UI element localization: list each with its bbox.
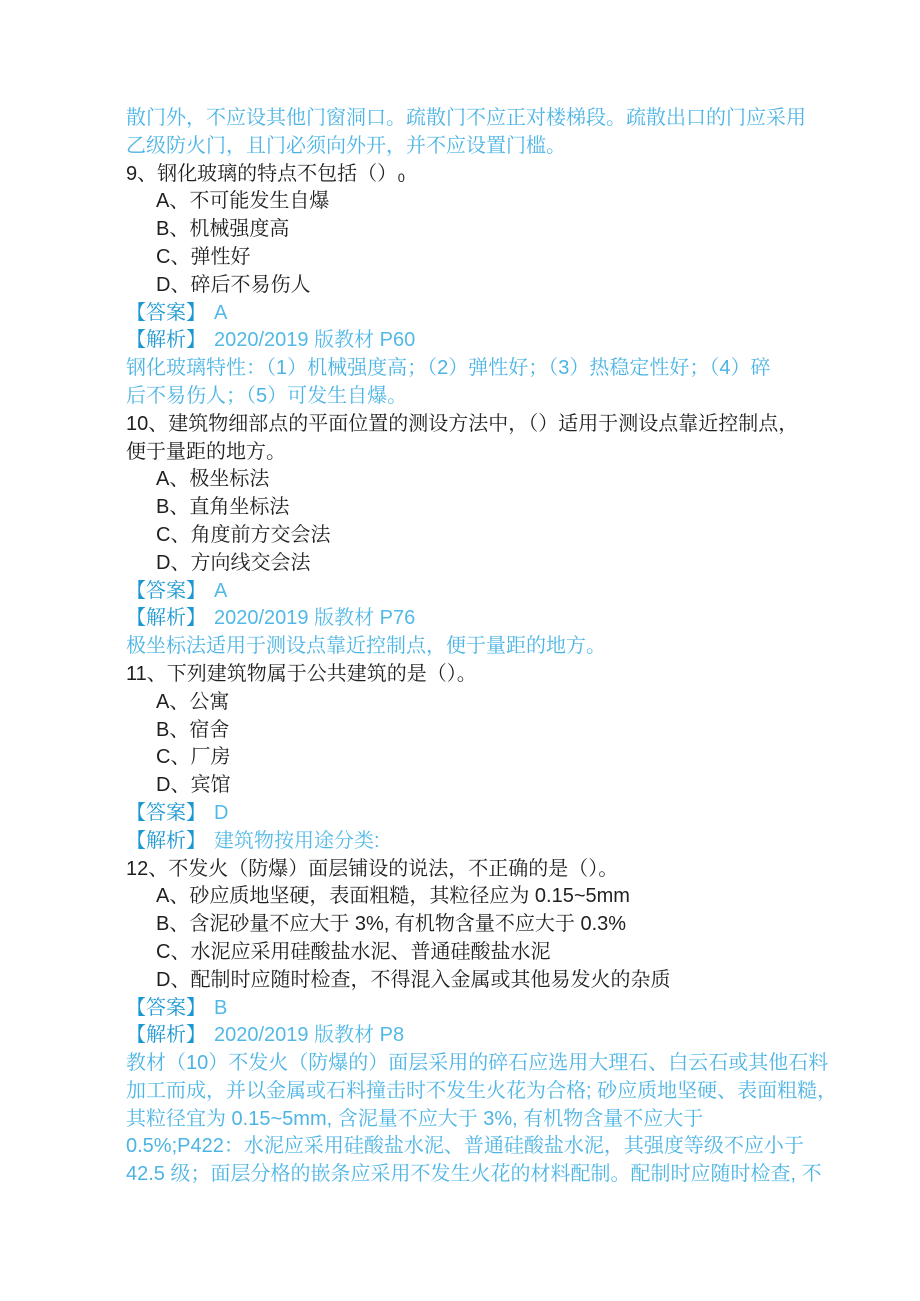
analysis-text: 建筑物按用途分类:: [214, 830, 380, 852]
analysis-text: 2020/2019 版教材 P60: [214, 329, 415, 351]
exam-solution-text: 加工而成，并以金属或石料撞击时不发生火花为合格; 砂应质地坚硬、表面粗糙，: [126, 1078, 810, 1106]
exam-option-text: A、不可能发生自爆: [126, 188, 810, 216]
answer-label: 【答案】: [126, 302, 206, 324]
exam-option-text: C、水泥应采用硅酸盐水泥、普通硅酸盐水泥: [126, 939, 810, 967]
exam-option-text: C、弹性好: [126, 244, 810, 272]
analysis-line: 【解析】建筑物按用途分类:: [126, 828, 810, 856]
answer-line: 【答案】A: [126, 578, 810, 606]
exam-option-text: D、宾馆: [126, 772, 810, 800]
analysis-text: 2020/2019 版教材 P76: [214, 607, 415, 629]
analysis-label: 【解析】: [126, 329, 206, 351]
exam-solution-text: 42.5 级；面层分格的嵌条应采用不发生火花的材料配制。配制时应随时检查, 不: [126, 1161, 810, 1189]
analysis-text: 2020/2019 版教材 P8: [214, 1024, 404, 1046]
exam-solution-text: 钢化玻璃特性：（1）机械强度高；（2）弹性好；（3）热稳定性好；（4）碎: [126, 355, 810, 383]
exam-question-text: 便于量距的地方。: [126, 439, 810, 467]
exam-option-text: A、砂应质地坚硬，表面粗糙，其粒径应为 0.15~5mm: [126, 883, 810, 911]
exam-solution-text: 极坐标法适用于测设点靠近控制点，便于量距的地方。: [126, 633, 810, 661]
exam-option-text: A、公寓: [126, 689, 810, 717]
exam-solution-text: 其粒径宜为 0.15~5mm, 含泥量不应大于 3%, 有机物含量不应大于: [126, 1106, 810, 1134]
exam-solution-text: 乙级防火门，且门必须向外开，并不应设置门槛。: [126, 133, 810, 161]
exam-option-text: C、厂房: [126, 744, 810, 772]
answer-value: D: [214, 802, 228, 824]
exam-option-text: D、配制时应随时检查，不得混入金属或其他易发火的杂质: [126, 967, 810, 995]
answer-value: A: [214, 580, 227, 602]
analysis-label: 【解析】: [126, 607, 206, 629]
answer-label: 【答案】: [126, 580, 206, 602]
exam-solution-text: 散门外，不应设其他门窗洞口。疏散门不应正对楼梯段。疏散出口的门应采用: [126, 105, 810, 133]
document-content: 散门外，不应设其他门窗洞口。疏散门不应正对楼梯段。疏散出口的门应采用乙级防火门，…: [126, 105, 810, 1189]
exam-question-text: 10、建筑物细部点的平面位置的测设方法中，（）适用于测设点靠近控制点，: [126, 411, 810, 439]
exam-solution-text: 0.5%;P422：水泥应采用硅酸盐水泥、普通硅酸盐水泥，其强度等级不应小于: [126, 1133, 810, 1161]
answer-label: 【答案】: [126, 802, 206, 824]
exam-option-text: C、角度前方交会法: [126, 522, 810, 550]
analysis-line: 【解析】2020/2019 版教材 P60: [126, 327, 810, 355]
exam-solution-text: 教材（10）不发火（防爆的）面层采用的碎石应选用大理石、白云石或其他石料: [126, 1050, 810, 1078]
analysis-label: 【解析】: [126, 830, 206, 852]
exam-option-text: D、碎后不易伤人: [126, 272, 810, 300]
exam-option-text: B、宿舍: [126, 717, 810, 745]
document-page: 散门外，不应设其他门窗洞口。疏散门不应正对楼梯段。疏散出口的门应采用乙级防火门，…: [0, 0, 920, 1301]
answer-line: 【答案】D: [126, 800, 810, 828]
exam-question-text: 11、下列建筑物属于公共建筑的是（）。: [126, 661, 810, 689]
exam-option-text: B、机械强度高: [126, 216, 810, 244]
exam-option-text: D、方向线交会法: [126, 550, 810, 578]
exam-question-text: 9、钢化玻璃的特点不包括（）₀: [126, 161, 810, 189]
analysis-line: 【解析】2020/2019 版教材 P76: [126, 605, 810, 633]
exam-option-text: A、极坐标法: [126, 466, 810, 494]
answer-line: 【答案】B: [126, 995, 810, 1023]
exam-option-text: B、直角坐标法: [126, 494, 810, 522]
answer-line: 【答案】A: [126, 300, 810, 328]
exam-question-text: 12、不发火（防爆）面层铺设的说法，不正确的是（）。: [126, 856, 810, 884]
analysis-label: 【解析】: [126, 1024, 206, 1046]
analysis-line: 【解析】2020/2019 版教材 P8: [126, 1022, 810, 1050]
answer-label: 【答案】: [126, 997, 206, 1019]
exam-option-text: B、含泥砂量不应大于 3%, 有机物含量不应大于 0.3%: [126, 911, 810, 939]
answer-value: A: [214, 302, 227, 324]
exam-solution-text: 后不易伤人；（5）可发生自爆。: [126, 383, 810, 411]
answer-value: B: [214, 997, 227, 1019]
